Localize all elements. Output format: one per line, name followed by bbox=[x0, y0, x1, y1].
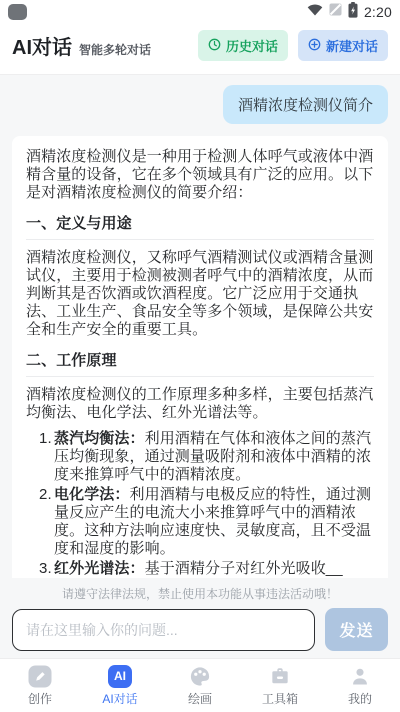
nav-item-profile[interactable]: 我的 bbox=[320, 665, 400, 707]
page-subtitle: 智能多轮对话 bbox=[79, 41, 151, 58]
palette-icon bbox=[188, 665, 212, 688]
methods-list: 1.蒸汽均衡法：利用酒精在气体和液体之间的蒸汽压均衡现象，通过测量吸附剂和液体中… bbox=[26, 430, 374, 578]
battery-charging-icon bbox=[348, 2, 358, 23]
legal-notice: 请遵守法律法规，禁止使用本功能从事违法活动哦！ bbox=[0, 585, 400, 602]
ai-intro-paragraph: 酒精浓度检测仪是一种用于检测人体呼气或液体中酒精含量的设备，它在多个领域具有广泛… bbox=[26, 148, 374, 202]
chat-area: 酒精浓度检测仪简介 酒精浓度检测仪是一种用于检测人体呼气或液体中酒精含量的设备，… bbox=[0, 62, 400, 578]
section-2-heading: 二、工作原理 bbox=[26, 352, 374, 377]
send-button[interactable]: 发送 bbox=[325, 608, 388, 651]
list-item: 3.红外光谱法：基于酒精分子对红外光吸收__ bbox=[54, 560, 374, 578]
section-2-paragraph: 酒精浓度检测仪的工作原理多种多样，主要包括蒸汽均衡法、电化学法、红外光谱法等。 bbox=[26, 386, 374, 422]
pencil-icon bbox=[28, 665, 52, 688]
question-input[interactable] bbox=[12, 609, 315, 651]
clock-icon bbox=[208, 38, 221, 54]
nav-item-create[interactable]: 创作 bbox=[0, 665, 80, 707]
wifi-icon bbox=[307, 3, 323, 21]
no-sim-icon bbox=[329, 3, 342, 21]
new-chat-button[interactable]: 新建对话 bbox=[298, 30, 388, 61]
history-chat-button[interactable]: 历史对话 bbox=[198, 30, 288, 61]
toolbox-icon bbox=[268, 665, 292, 688]
page-title: AI对话 bbox=[12, 31, 72, 60]
nav-item-drawing[interactable]: 绘画 bbox=[160, 665, 240, 707]
input-footer: 请遵守法律法规，禁止使用本功能从事违法活动哦！ 发送 bbox=[0, 578, 400, 658]
ai-response-card: 酒精浓度检测仪是一种用于检测人体呼气或液体中酒精含量的设备，它在多个领域具有广泛… bbox=[12, 136, 388, 578]
user-icon bbox=[348, 665, 372, 688]
section-1-heading: 一、定义与用途 bbox=[26, 215, 374, 240]
status-bar: 2:20 bbox=[0, 0, 400, 24]
list-item: 2.电化学法：利用酒精与电极反应的特性，通过测量反应产生的电流大小来推算呼气中的… bbox=[54, 486, 374, 558]
plus-circle-icon bbox=[308, 38, 321, 54]
clock-time: 2:20 bbox=[364, 4, 392, 20]
bottom-navigation: 创作 AI AI对话 绘画 工具箱 我的 bbox=[0, 658, 400, 712]
app-screen: 2:20 AI对话 智能多轮对话 历史对话 新建对话 酒精浓度检测仪简介 bbox=[0, 0, 400, 712]
ai-chat-icon: AI bbox=[108, 665, 132, 688]
user-message-bubble: 酒精浓度检测仪简介 bbox=[223, 85, 388, 124]
notification-app-icon bbox=[8, 4, 27, 20]
nav-item-ai-chat[interactable]: AI AI对话 bbox=[80, 665, 160, 707]
list-item: 1.蒸汽均衡法：利用酒精在气体和液体之间的蒸汽压均衡现象，通过测量吸附剂和液体中… bbox=[54, 430, 374, 484]
nav-item-toolbox[interactable]: 工具箱 bbox=[240, 665, 320, 707]
section-1-paragraph: 酒精浓度检测仪，又称呼气酒精测试仪或酒精含量测试仪，主要用于检测被测者呼气中的酒… bbox=[26, 249, 374, 339]
